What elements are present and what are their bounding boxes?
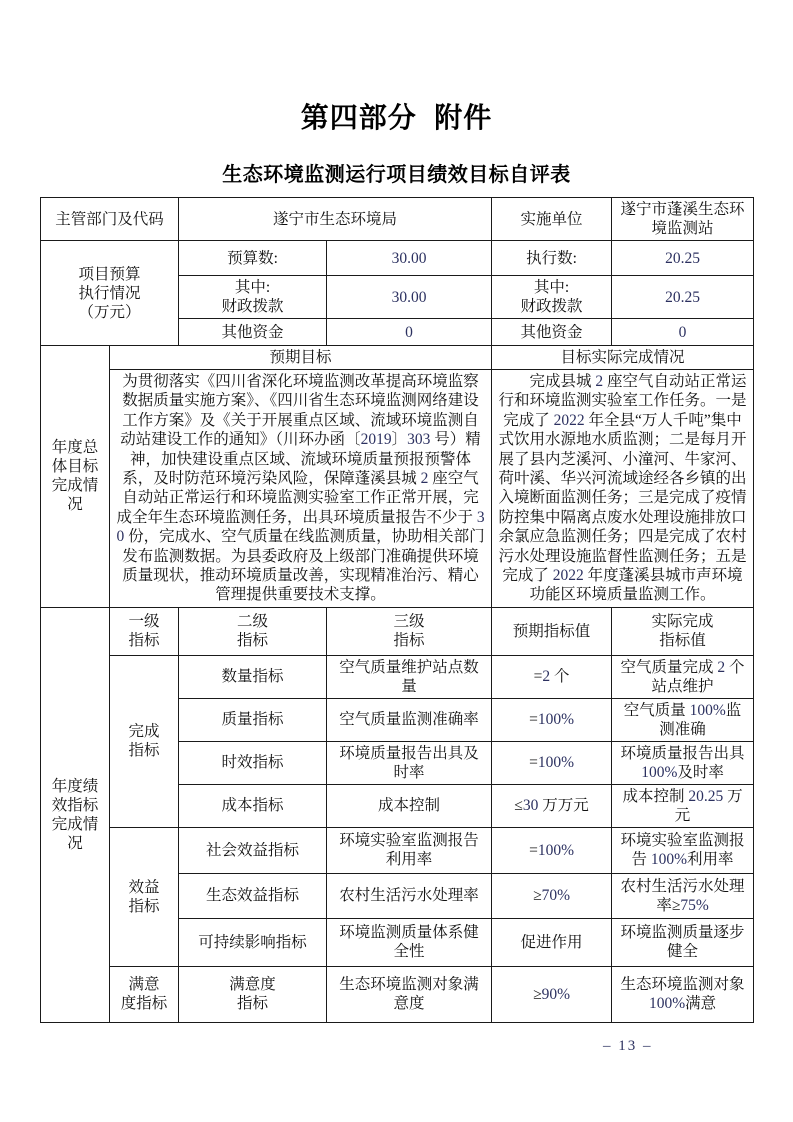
indicator-actual: 环境质量报告出具 100%及时率 xyxy=(612,741,754,784)
budget-section-label: 项目预算 执行情况 （万元） xyxy=(41,241,179,346)
table-row: 完成 指标 数量指标 空气质量维护站点数量 =2 个 空气质量完成 2 个站点维… xyxy=(41,655,754,698)
page-number: – 13 – xyxy=(603,1038,653,1055)
header-expected-value: 预期指标值 xyxy=(492,607,612,655)
indicator-l2: 社会效益指标 xyxy=(179,827,327,873)
budget-executed-label: 执行数: xyxy=(492,241,612,276)
budget-other-label-right: 其他资金 xyxy=(492,319,612,346)
header-level1: 一级 指标 xyxy=(110,607,179,655)
budget-fiscal-label-right: 其中: 财政拨款 xyxy=(492,276,612,319)
indicator-actual: 成本控制 20.25 万元 xyxy=(612,784,754,827)
dept-code-value: 遂宁市生态环境局 xyxy=(179,198,492,241)
indicator-l3: 环境监测质量体系健全性 xyxy=(327,918,492,966)
indicator-l3: 生态环境监测对象满意度 xyxy=(327,966,492,1022)
indicator-l2: 时效指标 xyxy=(179,741,327,784)
table-row: 年度绩效指标完成情况 一级 指标 二级 指标 三级 指标 预期指标值 实际完成 … xyxy=(41,607,754,655)
impl-unit-label: 实施单位 xyxy=(492,198,612,241)
indicator-l2: 质量指标 xyxy=(179,698,327,741)
indicator-l3: 空气质量监测准确率 xyxy=(327,698,492,741)
table-row: 效益 指标 社会效益指标 环境实验室监测报告利用率 =100% 环境实验室监测报… xyxy=(41,827,754,873)
indicator-actual: 空气质量 100%监测准确 xyxy=(612,698,754,741)
budget-fiscal-value-right: 20.25 xyxy=(612,276,754,319)
indicator-expected: ≤30 万万元 xyxy=(492,784,612,827)
indicator-expected: 促进作用 xyxy=(492,918,612,966)
indicator-actual: 空气质量完成 2 个站点维护 xyxy=(612,655,754,698)
table-row: 为贯彻落实《四川省深化环境监测改革提高环境监察数据质量实施方案》、《四川省生态环… xyxy=(41,370,754,608)
table-title: 生态环境监测运行项目绩效目标自评表 xyxy=(0,158,793,187)
indicator-actual: 环境监测质量逐步健全 xyxy=(612,918,754,966)
header-level2: 二级 指标 xyxy=(179,607,327,655)
expected-goal-header: 预期目标 xyxy=(110,346,492,370)
indicator-l2: 可持续影响指标 xyxy=(179,918,327,966)
self-evaluation-table: 主管部门及代码 遂宁市生态环境局 实施单位 遂宁市蓬溪生态环境监测站 项目预算 … xyxy=(40,197,754,1023)
budget-fiscal-label-left: 其中: 财政拨款 xyxy=(179,276,327,319)
indicator-expected: =100% xyxy=(492,827,612,873)
document-page: 第四部分 附件 生态环境监测运行项目绩效目标自评表 主管部门及代码 遂宁市生态环… xyxy=(0,0,793,1122)
budget-other-value-right: 0 xyxy=(612,319,754,346)
indicator-l2: 满意度 指标 xyxy=(179,966,327,1022)
indicator-expected: =100% xyxy=(492,698,612,741)
indicator-l3: 环境实验室监测报告利用率 xyxy=(327,827,492,873)
table-row: 主管部门及代码 遂宁市生态环境局 实施单位 遂宁市蓬溪生态环境监测站 xyxy=(41,198,754,241)
header-level3: 三级 指标 xyxy=(327,607,492,655)
actual-goal-text: 完成县城 2 座空气自动站正常运行和环境监测实验室工作任务。一是完成了 2022… xyxy=(492,370,754,608)
group-label-benefit: 效益 指标 xyxy=(110,827,179,966)
expected-goal-text: 为贯彻落实《四川省深化环境监测改革提高环境监察数据质量实施方案》、《四川省生态环… xyxy=(110,370,492,608)
dept-code-label: 主管部门及代码 xyxy=(41,198,179,241)
budget-other-label-left: 其他资金 xyxy=(179,319,327,346)
group-label-completion: 完成 指标 xyxy=(110,655,179,827)
indicator-section-label: 年度绩效指标完成情况 xyxy=(41,607,110,1022)
table-row: 满意 度指标 满意度 指标 生态环境监测对象满意度 ≥90% 生态环境监测对象 … xyxy=(41,966,754,1022)
budget-fiscal-value-left: 30.00 xyxy=(327,276,492,319)
indicator-l3: 成本控制 xyxy=(327,784,492,827)
indicator-expected: =100% xyxy=(492,741,612,784)
table-row: 项目预算 执行情况 （万元） 预算数: 30.00 执行数: 20.25 xyxy=(41,241,754,276)
indicator-l3: 农村生活污水处理率 xyxy=(327,873,492,918)
indicator-expected: ≥70% xyxy=(492,873,612,918)
budget-other-value-left: 0 xyxy=(327,319,492,346)
indicator-l3: 环境质量报告出具及时率 xyxy=(327,741,492,784)
indicator-actual: 生态环境监测对象 100%满意 xyxy=(612,966,754,1022)
indicator-l2: 成本指标 xyxy=(179,784,327,827)
indicator-l3: 空气质量维护站点数量 xyxy=(327,655,492,698)
table-row: 年度总体目标完成情况 预期目标 目标实际完成情况 xyxy=(41,346,754,370)
budget-planned-value: 30.00 xyxy=(327,241,492,276)
indicator-actual: 环境实验室监测报告 100%利用率 xyxy=(612,827,754,873)
indicator-l2: 生态效益指标 xyxy=(179,873,327,918)
indicator-expected: =2 个 xyxy=(492,655,612,698)
impl-unit-value: 遂宁市蓬溪生态环境监测站 xyxy=(612,198,754,241)
indicator-actual: 农村生活污水处理率≥75% xyxy=(612,873,754,918)
budget-executed-value: 20.25 xyxy=(612,241,754,276)
part-title: 第四部分 附件 xyxy=(0,96,793,136)
header-actual-value: 实际完成 指标值 xyxy=(612,607,754,655)
actual-goal-header: 目标实际完成情况 xyxy=(492,346,754,370)
budget-planned-label: 预算数: xyxy=(179,241,327,276)
group-label-satisfaction: 满意 度指标 xyxy=(110,966,179,1022)
indicator-expected: ≥90% xyxy=(492,966,612,1022)
indicator-l2: 数量指标 xyxy=(179,655,327,698)
annual-goal-section-label: 年度总体目标完成情况 xyxy=(41,346,110,608)
